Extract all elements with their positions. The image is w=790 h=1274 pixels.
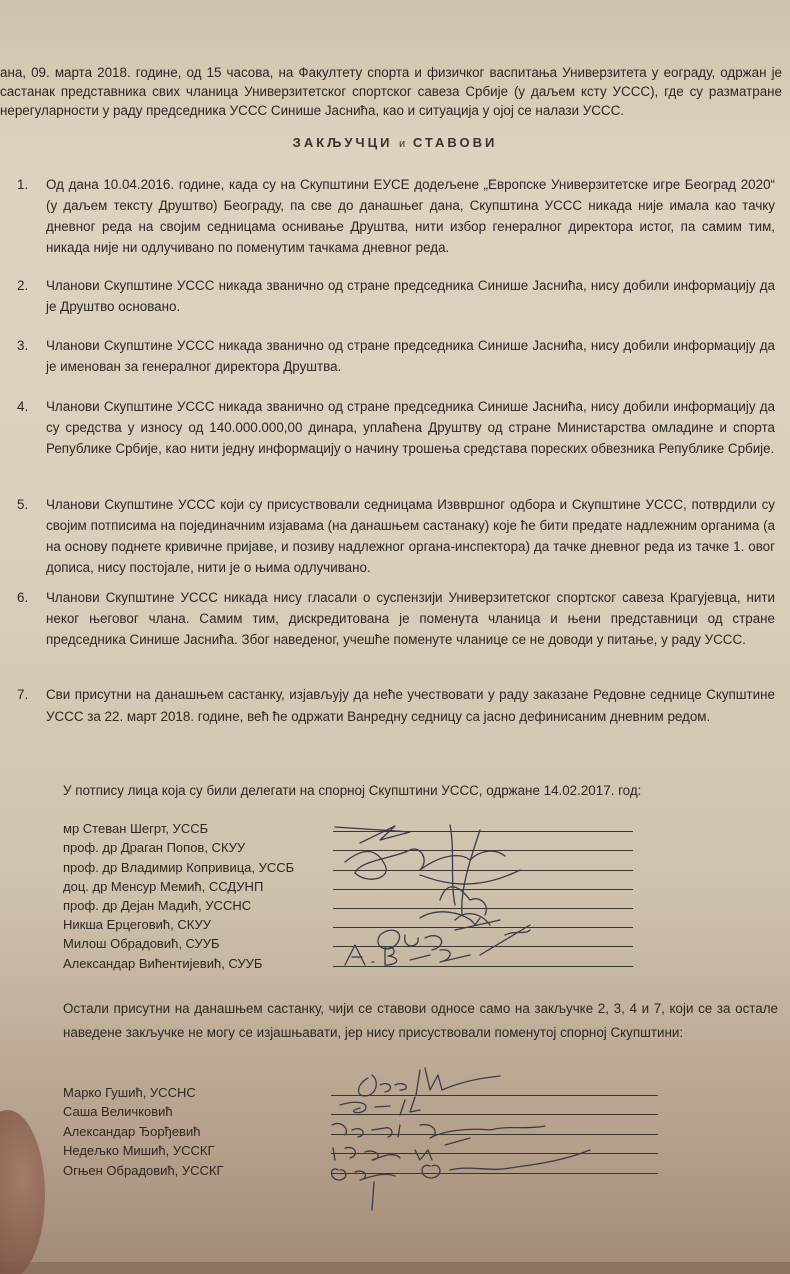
signature-row: Никша Ерцеговић, СКУУ: [63, 913, 633, 932]
conclusion-item: 7. Сви присутни на данашњем састанку, из…: [0, 684, 775, 728]
conclusion-number: 2.: [17, 275, 28, 296]
heading-part1: ЗАКЉУЧЦИ: [293, 135, 393, 150]
conclusion-item: 4. Чланови Скупштине УССС никада званичн…: [0, 396, 775, 459]
signature-line: [333, 965, 633, 967]
signatory-name: проф. др Владимир Копривица, УССБ: [63, 860, 333, 875]
signature-row: Александар Ђорђевић: [63, 1119, 658, 1139]
signature-row: Огњен Обрадовић, УССКГ: [63, 1158, 658, 1178]
signature-line: [333, 945, 633, 947]
conclusion-text: Чланови Скупштине УССС никада нису гласа…: [46, 587, 775, 650]
conclusion-item: 6. Чланови Скупштине УССС никада нису гл…: [0, 587, 775, 650]
page-edge: [0, 1262, 790, 1274]
conclusion-item: 1. Од дана 10.04.2016. године, када су н…: [0, 174, 775, 258]
signatory-name: Милош Обрадовић, СУУБ: [63, 936, 333, 951]
signature-row: проф. др Владимир Копривица, УССБ: [63, 855, 633, 874]
signature-row: проф. др Драган Попов, СКУУ: [63, 836, 633, 855]
signature-line: [333, 849, 633, 851]
signature-row: Саша Величковић: [63, 1100, 658, 1120]
signatory-name: мр Стеван Шегрт, УССБ: [63, 821, 333, 836]
signatory-name: проф. др Драган Попов, СКУУ: [63, 840, 333, 855]
signatory-name: Саша Величковић: [63, 1104, 331, 1119]
conclusion-text: Чланови Скупштине УССС никада званично о…: [46, 275, 775, 317]
signature-row: доц. др Менсур Мемић, ССДУНП: [63, 875, 633, 894]
heading-joiner: и: [399, 138, 406, 150]
conclusion-item: 2. Чланови Скупштине УССС никада званичн…: [0, 275, 775, 317]
conclusion-text: Сви присутни на данашњем састанку, изјав…: [46, 684, 775, 728]
conclusion-text: Од дана 10.04.2016. године, када су на С…: [46, 174, 775, 258]
conclusion-text: Чланови Скупштине УССС никада званично о…: [46, 335, 775, 377]
signatory-name: Александар Ђорђевић: [63, 1124, 331, 1139]
signature-row: Милош Обрадовић, СУУБ: [63, 932, 633, 951]
signature-line: [331, 1094, 658, 1096]
conclusion-item: 5. Чланови Скупштине УССС који су присус…: [0, 494, 775, 578]
conclusion-number: 4.: [17, 396, 28, 417]
signature-line: [333, 888, 633, 890]
conclusion-text: Чланови Скупштине УССС који су присуство…: [46, 494, 775, 578]
conclusion-number: 7.: [17, 684, 28, 706]
others-signature-list: Марко Гушић, УССНС Саша Величковић Алекс…: [63, 1080, 658, 1178]
signature-row: Недељко Мишић, УССКГ: [63, 1139, 658, 1159]
conclusion-item: 3. Чланови Скупштине УССС никада званичн…: [0, 335, 775, 377]
signatory-name: Марко Гушић, УССНС: [63, 1085, 331, 1100]
intro-paragraph: ана, 09. марта 2018. године, од 15 часов…: [0, 63, 782, 120]
delegates-intro: У потпису лица која су били делегати на …: [63, 783, 641, 798]
others-intro: Остали присутни на данашњем састанку, чи…: [63, 997, 778, 1045]
conclusion-text: Чланови Скупштине УССС никада званично о…: [46, 396, 775, 459]
signatory-name: доц. др Менсур Мемић, ССДУНП: [63, 879, 333, 894]
conclusion-number: 5.: [17, 494, 28, 515]
signatory-name: Александар Вићентијевић, СУУБ: [63, 956, 333, 971]
signatory-name: Недељко Мишић, УССКГ: [63, 1143, 331, 1158]
conclusion-number: 3.: [17, 335, 28, 356]
signature-line: [331, 1113, 658, 1115]
conclusion-number: 1.: [17, 174, 28, 195]
delegates-signature-list: мр Стеван Шегрт, УССБ проф. др Драган По…: [63, 817, 633, 971]
signature-row: мр Стеван Шегрт, УССБ: [63, 817, 633, 836]
section-heading: ЗАКЉУЧЦИ и СТАВОВИ: [0, 135, 790, 150]
signature-line: [331, 1172, 658, 1174]
signature-line: [333, 926, 633, 928]
signature-row: проф. др Дејан Мадић, УССНС: [63, 894, 633, 913]
signature-line: [331, 1133, 658, 1135]
signature-line: [333, 830, 633, 832]
signature-row: Марко Гушић, УССНС: [63, 1080, 658, 1100]
signature-line: [331, 1152, 658, 1154]
signature-row: Александар Вићентијевић, СУУБ: [63, 951, 633, 970]
signatory-name: Никша Ерцеговић, СКУУ: [63, 917, 333, 932]
conclusion-number: 6.: [17, 587, 28, 608]
heading-part2: СТАВОВИ: [413, 135, 497, 150]
signatory-name: проф. др Дејан Мадић, УССНС: [63, 898, 333, 913]
signatory-name: Огњен Обрадовић, УССКГ: [63, 1163, 331, 1178]
signature-line: [333, 907, 633, 909]
signature-line: [333, 869, 633, 871]
